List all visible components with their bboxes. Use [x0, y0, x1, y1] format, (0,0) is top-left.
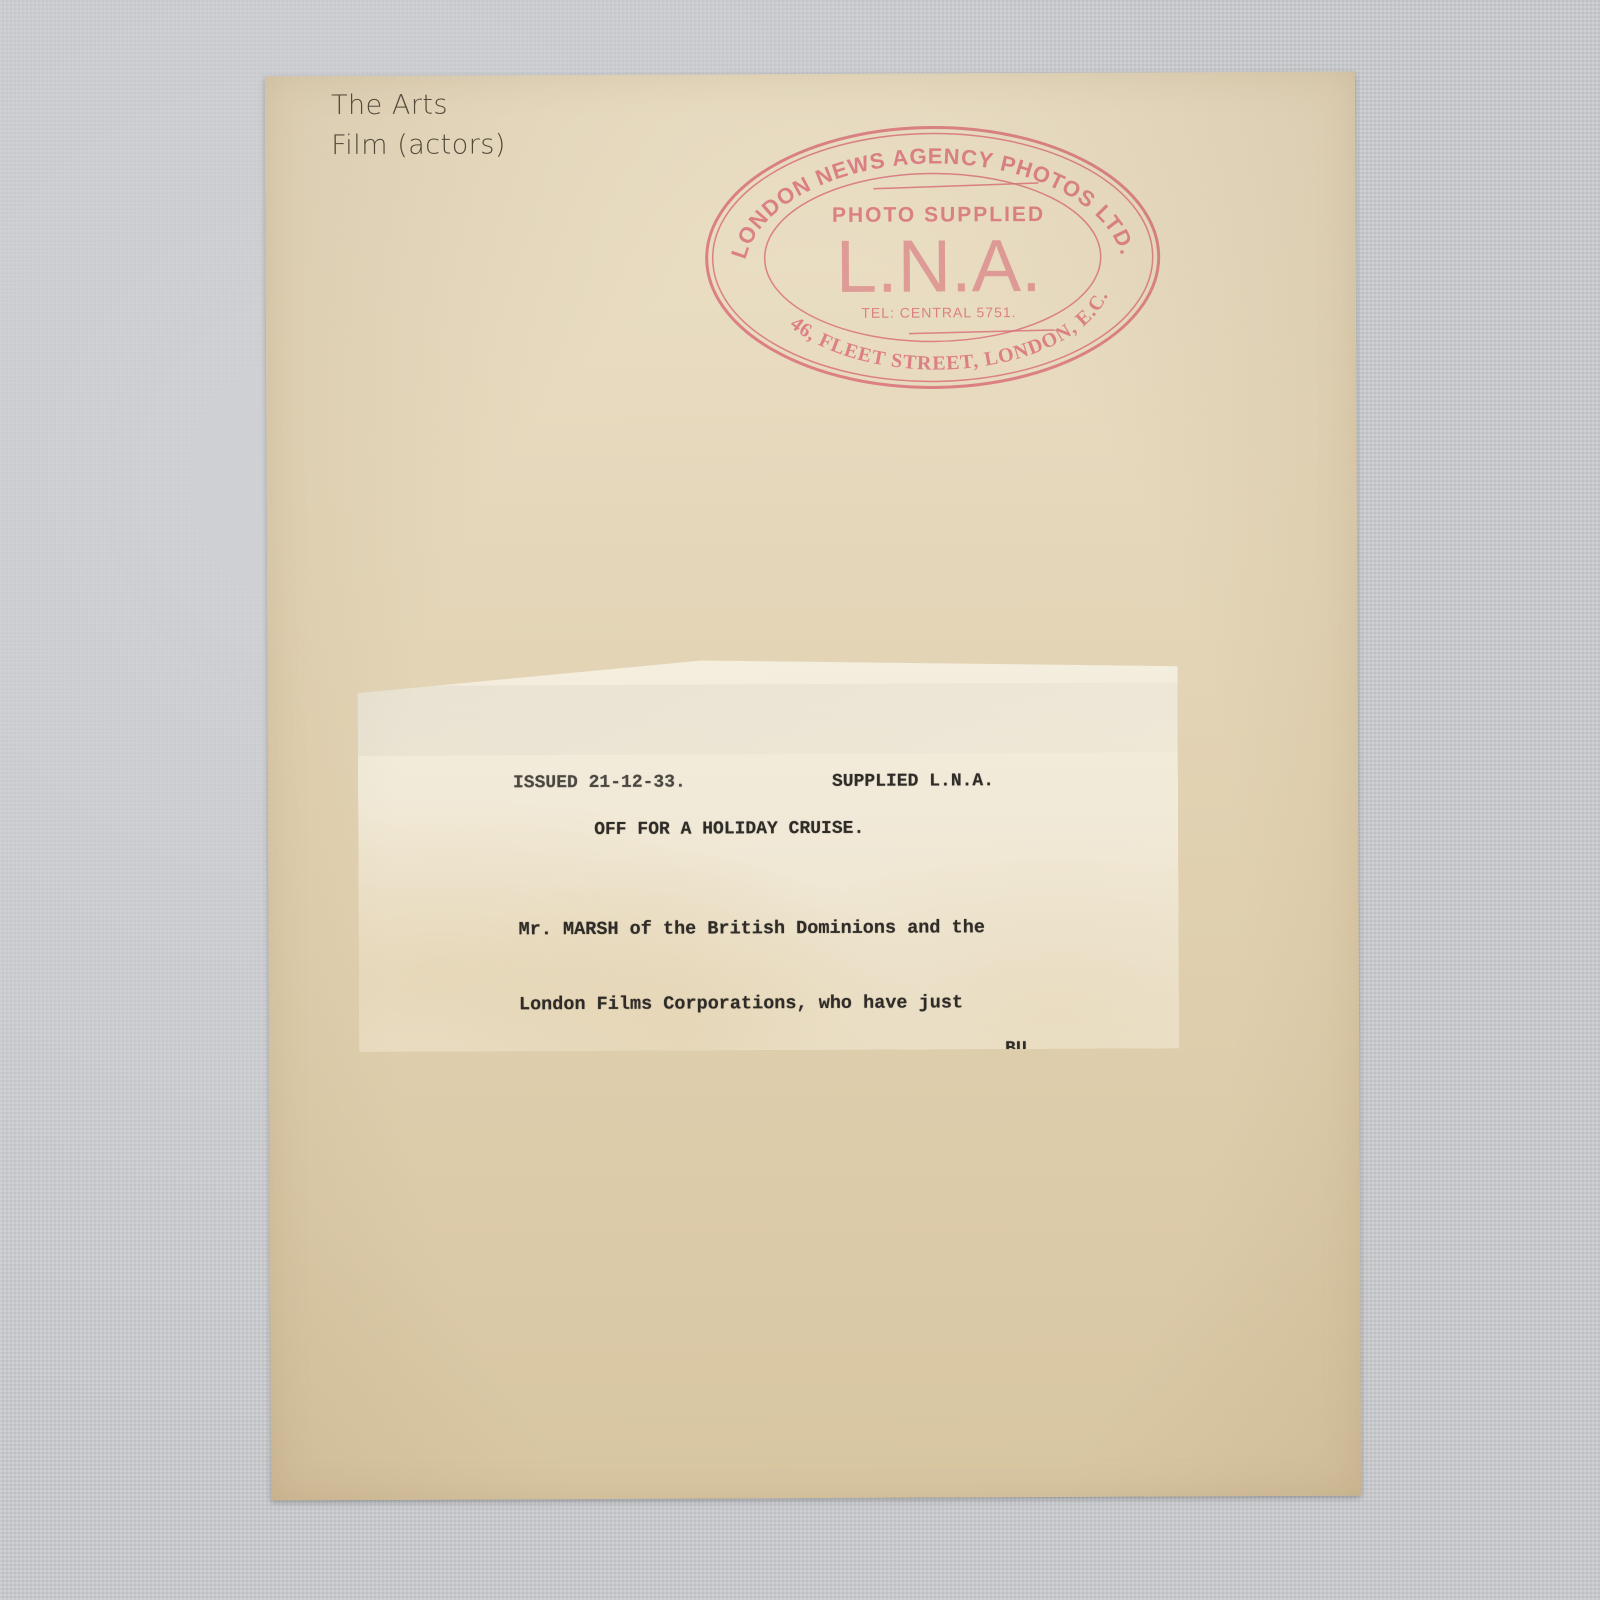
caption-line: Waterloo on the boat-train for a holiday — [520, 1215, 1009, 1242]
issued-date: ISSUED 21-12-33. — [513, 773, 686, 794]
caption-headline: OFF FOR A HOLIDAY CRUISE. — [594, 819, 864, 840]
caption-body: Mr. MARSH of the British Dominions and t… — [518, 865, 1009, 1442]
caption-line: made an agreement with Mr. J.M. SCHENCK,… — [519, 1065, 1008, 1092]
stamp-lna: L.N.A. — [836, 224, 1042, 308]
handwritten-line-1: The Arts — [331, 85, 506, 126]
caption-line: "Napoleon" of American films, leaving — [520, 1140, 1009, 1167]
handwritten-note: The Arts Film (actors) — [331, 85, 506, 166]
caption-slip: ISSUED 21-12-33. SUPPLIED L.N.A. OFF FOR… — [357, 658, 1179, 1052]
stamp-telephone: TEL: CENTRAL 5751. — [861, 304, 1016, 321]
caption-line: cruise in the "HOMERIC", He is being see… — [520, 1290, 1009, 1317]
caption-line: off by Mr. HERBERT WILCOX. — [521, 1365, 1010, 1392]
caption-line: London Films Corporations, who have just — [519, 990, 1008, 1017]
handwritten-line-2: Film (actors) — [331, 125, 506, 166]
agency-stamp: LONDON NEWS AGENCY PHOTOS LTD. 46, FLEET… — [703, 122, 1162, 392]
supplied-by: SUPPLIED L.N.A. — [832, 771, 994, 792]
caption-line: Mr. MARSH of the British Dominions and t… — [519, 915, 1008, 942]
photo-back-card: The Arts Film (actors) LONDON NEWS AGENC… — [265, 72, 1361, 1501]
typist-initials: BU — [1005, 1039, 1027, 1059]
